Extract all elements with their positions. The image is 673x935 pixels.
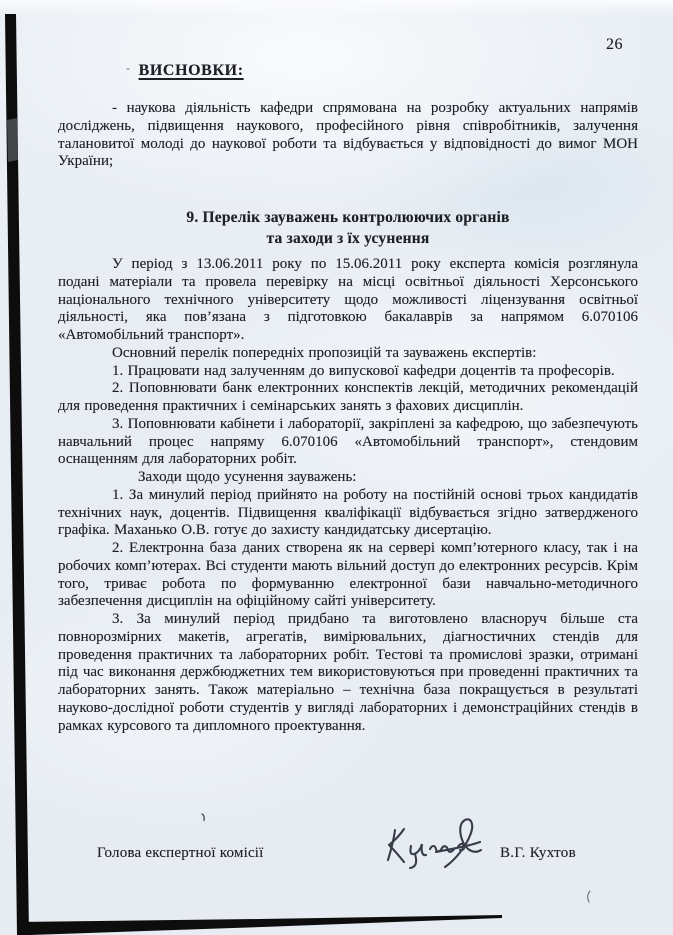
intro-paragraph: - наукова діяльність кафедри спрямована … [58,100,638,171]
heading-dash-mark: - [126,61,131,75]
body-text-block: У період з 13.06.2011 року по 15.06.2011… [58,256,638,735]
body-paragraph-measure-2: 2. Електронна база даних створена як на … [58,540,638,611]
body-paragraph-item-1: 1. Працювати над залученням до випусково… [58,363,638,381]
conclusions-heading: ВИСНОВКИ: [139,62,244,79]
body-paragraph-measures: Заходи щодо усунення зауважень: [58,469,638,487]
scanned-document-page: 26 -ВИСНОВКИ: - наукова діяльність кафед… [0,0,673,935]
signature-autograph [340,805,510,885]
page-number: 26 [606,36,623,54]
body-paragraph-item-2: 2. Поповнювати банк електронних конспект… [58,380,638,416]
body-paragraph-period: У період з 13.06.2011 року по 15.06.2011… [58,256,638,345]
signature-role: Голова експертної комісії [97,845,264,862]
body-paragraph-measure-1: 1. За минулий період прийнято на роботу … [58,487,638,540]
body-paragraph-measure-3: 3. За минулий період придбано та виготов… [58,611,638,735]
conclusions-heading-row: -ВИСНОВКИ: [126,61,244,80]
section-heading: 9. Перелік зауважень контролюючих органі… [58,208,638,249]
section-heading-line-2: та заходи з їх усунення [58,229,638,250]
body-paragraph-item-3: 3. Поповнювати кабінети і лабораторії, з… [58,416,638,469]
body-paragraph-main-list: Основний перелік попередніх пропозицій т… [58,345,638,363]
signature-name: В.Г. Кухтов [500,845,576,862]
section-heading-line-1: 9. Перелік зауважень контролюючих органі… [58,208,638,229]
